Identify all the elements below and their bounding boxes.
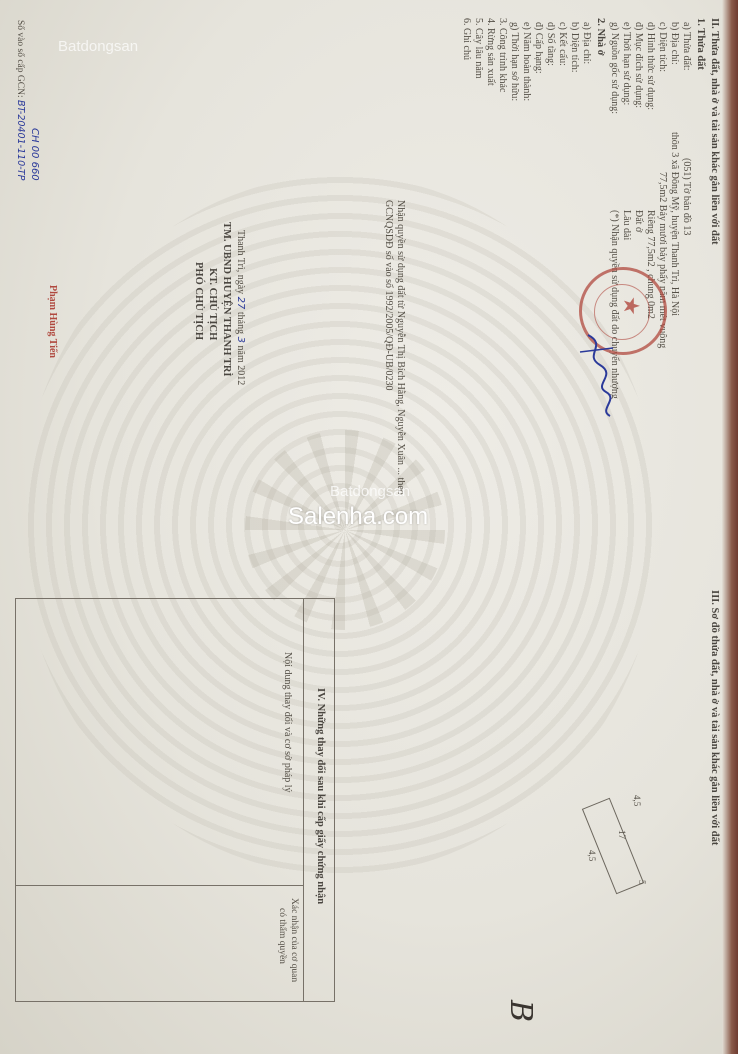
- signer-role-2: PHÓ CHỦ TỊCH: [192, 262, 205, 340]
- plot-number: 17: [616, 830, 629, 839]
- secondary-watermark: Batdongsan: [330, 483, 410, 500]
- certificate-code: CH 00 660: [28, 128, 41, 181]
- changes-column-content: Nội dung thay đổi và cơ sở pháp lý: [281, 652, 294, 793]
- land-label-b: b) Địa chỉ:: [668, 22, 681, 65]
- changes-column-confirm-line2: có thẩm quyền: [276, 908, 289, 964]
- house-row: e) Năm hoàn thành:: [520, 22, 533, 101]
- signer-name: Phạm Hùng Tiến: [46, 285, 59, 358]
- year-label: năm 2012: [235, 346, 246, 386]
- house-heading: 2. Nhà ở: [594, 18, 607, 56]
- date-month: 3: [235, 337, 246, 343]
- handwritten-signature: [578, 330, 618, 420]
- house-row: b) Diện tích:: [568, 22, 581, 73]
- land-value-dd: Đất ở: [632, 210, 645, 232]
- land-label-c: c) Diện tích:: [656, 22, 669, 72]
- house-row: g) Thời hạn sở hữu:: [508, 22, 521, 101]
- land-label-g: g) Nguồn gốc sử dụng:: [608, 22, 621, 114]
- land-value-b: thôn 3 xã Đông Mỹ, huyện Thanh Trì, Hà N…: [668, 132, 681, 316]
- month-label: tháng: [235, 312, 246, 334]
- house-row: d) Số tầng:: [544, 22, 557, 66]
- register-number: BT-20401-110-TP: [15, 100, 26, 180]
- land-label-a: a) Thửa đất:: [680, 22, 693, 71]
- land-value-a: (051) Tờ bản đồ 13: [680, 158, 693, 235]
- land-label-dd: đ) Mục đích sử dụng:: [632, 22, 645, 108]
- other-row: 5. Cây lâu năm: [472, 18, 485, 79]
- changes-column-confirm-line1: Xác nhận của cơ quan: [288, 898, 301, 982]
- land-label-e: e) Thời hạn sử dụng:: [620, 22, 633, 105]
- register-number-field: Số vào sổ cấp GCN: BT-20401-110-TP: [14, 20, 27, 180]
- house-row: c) Kết cấu:: [556, 22, 569, 66]
- transfer-note-line1: Nhận quyền sử dụng đất từ Nguyễn Thị Bíc…: [394, 200, 407, 495]
- house-row: đ) Cấp hạng:: [532, 22, 545, 74]
- section-4-title: IV. Những thay đổi sau khi cấp giấy chứn…: [314, 688, 327, 904]
- land-label-d: d) Hình thức sử dụng:: [644, 22, 657, 110]
- other-row: 6. Ghi chú: [460, 18, 473, 60]
- house-row: a) Địa chỉ:: [580, 22, 593, 64]
- date-day: 27: [235, 297, 246, 310]
- section-3-title: III. Sơ đồ thửa đất, nhà ở và tài sản kh…: [708, 590, 721, 845]
- plot-dimension: 4,5: [631, 795, 644, 806]
- issuing-authority: TM. UBND HUYỆN THANH TRÌ: [220, 222, 233, 377]
- land-value-e: Lâu dài: [620, 210, 633, 240]
- star-icon: ★: [618, 296, 644, 316]
- plot-dimension: 5: [636, 880, 649, 885]
- signer-role-1: KT. CHỦ TỊCH: [206, 268, 219, 340]
- signing-date: Thanh Trì, ngày 27 tháng 3 năm 2012: [234, 230, 247, 385]
- date-prefix: Thanh Trì, ngày: [235, 230, 246, 294]
- transfer-note-line2: GCNQSDĐ số vào sổ 1992/2005/QĐ-UB/0230: [382, 200, 395, 391]
- land-heading: 1. Thửa đất: [694, 18, 707, 70]
- main-watermark: Salenha.com: [288, 503, 428, 531]
- page-mark: B: [503, 1000, 538, 1022]
- other-row: 3. Công trình khác: [496, 18, 509, 92]
- other-row: 4. Rừng sản xuất: [484, 18, 497, 86]
- register-label: Số vào sổ cấp GCN:: [15, 20, 25, 98]
- corner-watermark: Batdongsan: [58, 38, 138, 55]
- plot-dimension: 4,5: [586, 850, 599, 861]
- section-2-title: II. Thửa đất, nhà ở và tài sản khác gắn …: [708, 18, 721, 245]
